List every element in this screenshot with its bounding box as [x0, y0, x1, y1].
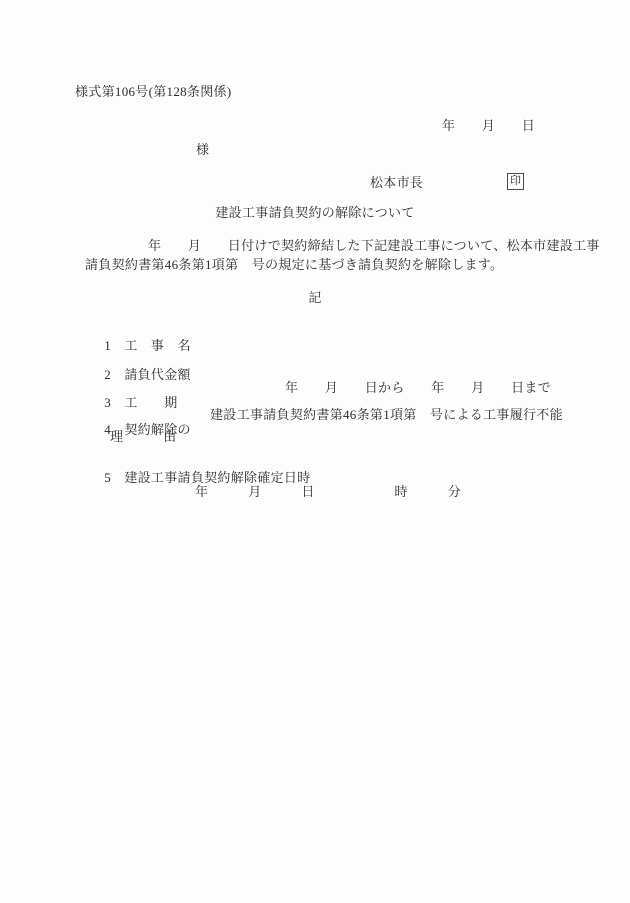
item-label: 請負代金額 [124, 367, 191, 382]
item-label: 建設工事請負契約解除確定日時 [124, 470, 310, 485]
document-title: 建設工事請負契約の解除について [0, 206, 630, 221]
item-number: 5 [104, 470, 111, 485]
document-page: 様式第106号(第128条関係) 年 月 日 様 松本市長 印 建設工事請負契約… [0, 0, 630, 903]
item-number: 1 [104, 338, 111, 353]
body-line-2: 請負契約書第46条第1項第 号の規定に基づき請負契約を解除します。 [85, 258, 503, 273]
cancellation-reason-value: 建設工事請負契約書第46条第1項第 号による工事履行不能 [210, 408, 563, 423]
cancellation-reason-label-second-line: 理 由 [110, 430, 177, 445]
issue-date-line: 年 月 日 [442, 119, 535, 134]
seal-mark: 印 [507, 173, 524, 190]
form-number: 様式第106号(第128条関係) [75, 85, 231, 100]
item-label: 工 事 名 [124, 338, 191, 353]
work-period-date-range: 年 月 日から 年 月 日まで [285, 381, 551, 396]
item-number: 2 [104, 367, 111, 382]
addressee-honorific: 様 [196, 143, 209, 158]
body-line-1: 年 月 日付けで契約締結した下記建設工事について、松本市建設工事 [148, 239, 600, 254]
sender-title: 松本市長 [370, 176, 423, 191]
record-marker: 記 [0, 291, 630, 306]
cancellation-datetime-placeholder: 年 月 日 時 分 [195, 485, 461, 500]
